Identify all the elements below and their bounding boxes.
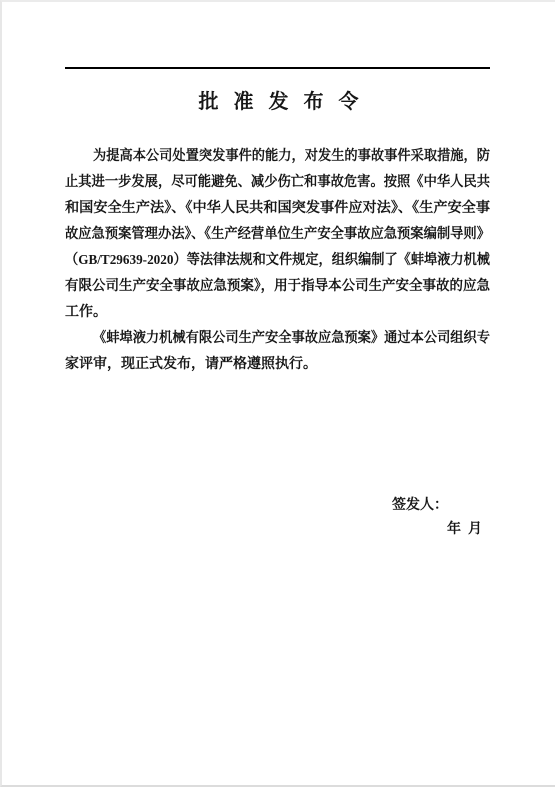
body-line: 家评审，现正式发布，请严格遵照执行。 xyxy=(65,352,490,378)
body-line: 工作。 xyxy=(65,300,490,326)
body-line: 止其进一步发展，尽可能避免、减少伤亡和事故危害。按照《中华人民共 xyxy=(65,170,490,196)
body-line-text: 故应急预案管理办法》、《生产经营单位生产安全事故应急预案编制导则》 xyxy=(65,222,490,248)
body-line: （GB/T29639-2020）等法律法规和文件规定，组织编制了《蚌埠液力机械 xyxy=(65,248,490,274)
body-line-text: 家评审，现正式发布，请严格遵照执行。 xyxy=(65,352,317,378)
body-line: 故应急预案管理办法》、《生产经营单位生产安全事故应急预案编制导则》 xyxy=(65,222,490,248)
body-text: 为提高本公司处置突发事件的能力，对发生的事故事件采取措施，防止其进一步发展，尽可… xyxy=(65,144,490,378)
signature-date-line: 年 月 xyxy=(447,521,482,539)
body-line: 有限公司生产安全事故应急预案》，用于指导本公司生产安全事故的应急 xyxy=(65,274,490,300)
signer-label: 签发人： xyxy=(392,497,448,515)
body-line: 和国安全生产法》、《中华人民共和国突发事件应对法》、《生产安全事 xyxy=(65,196,490,222)
body-line-text: 和国安全生产法》、《中华人民共和国突发事件应对法》、《生产安全事 xyxy=(65,196,490,222)
body-line-text: 止其进一步发展，尽可能避免、减少伤亡和事故危害。按照《中华人民共 xyxy=(65,170,490,196)
body-line: 为提高本公司处置突发事件的能力，对发生的事故事件采取措施，防 xyxy=(65,144,490,170)
document-page: 批准发布令 为提高本公司处置突发事件的能力，对发生的事故事件采取措施，防止其进一… xyxy=(0,0,555,787)
body-line-text: 有限公司生产安全事故应急预案》，用于指导本公司生产安全事故的应急 xyxy=(65,274,490,300)
body-line-text: 《蚌埠液力机械有限公司生产安全事故应急预案》通过本公司组织专 xyxy=(93,326,490,352)
header-rule xyxy=(65,67,490,69)
body-line-text: 工作。 xyxy=(65,300,107,326)
body-line-text: 为提高本公司处置突发事件的能力，对发生的事故事件采取措施，防 xyxy=(93,144,490,170)
page-title: 批准发布令 xyxy=(2,88,555,116)
body-line: 《蚌埠液力机械有限公司生产安全事故应急预案》通过本公司组织专 xyxy=(65,326,490,352)
body-line-text: （GB/T29639-2020）等法律法规和文件规定，组织编制了《蚌埠液力机械 xyxy=(65,248,490,274)
